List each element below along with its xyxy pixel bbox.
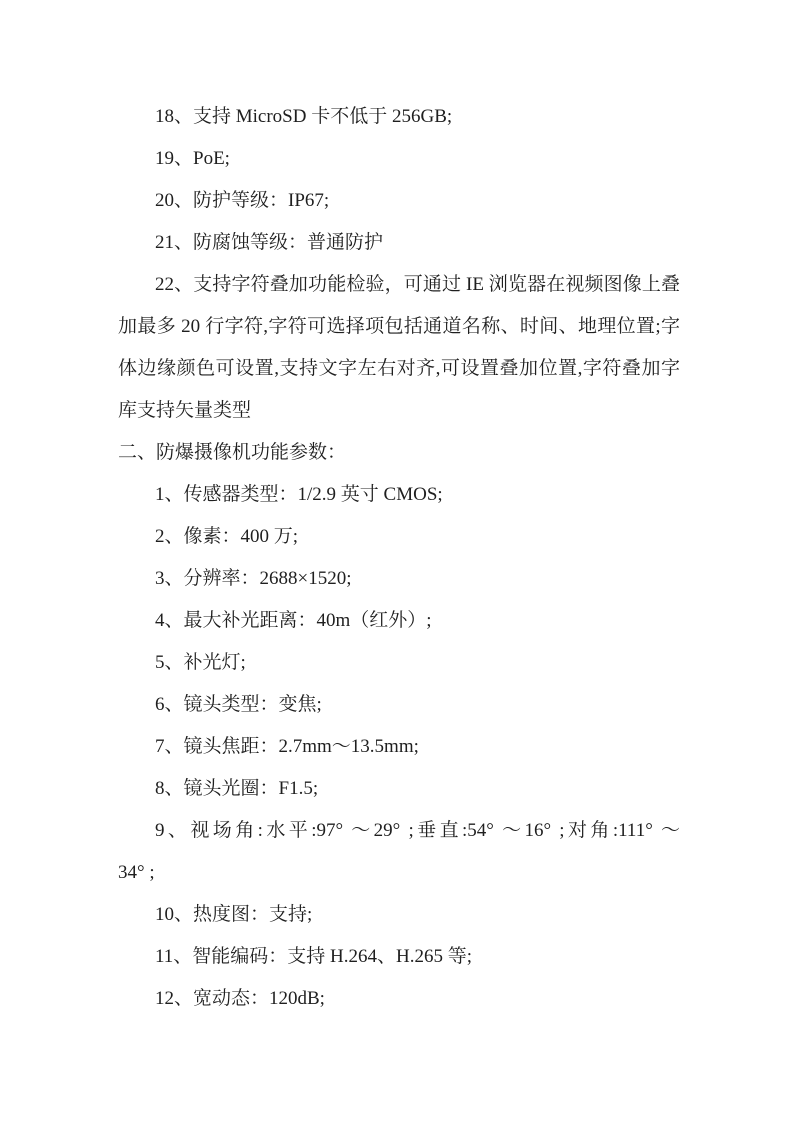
text-line: 5、补光灯; bbox=[118, 642, 680, 684]
text-line: 库支持矢量类型 bbox=[118, 390, 680, 432]
text-line: 2、像素：400 万; bbox=[118, 516, 680, 558]
text-line: 体边缘颜色可设置,支持文字左右对齐,可设置叠加位置,字符叠加字 bbox=[118, 348, 680, 390]
text-line: 20、防护等级：IP67; bbox=[118, 180, 680, 222]
text-line: 3、分辨率：2688×1520; bbox=[118, 558, 680, 600]
text-line: 19、PoE; bbox=[118, 138, 680, 180]
text-line: 1、传感器类型：1/2.9 英寸 CMOS; bbox=[118, 474, 680, 516]
text-line: 二、防爆摄像机功能参数： bbox=[118, 432, 680, 474]
text-line: 4、最大补光距离：40m（红外）; bbox=[118, 600, 680, 642]
text-line: 22、支持字符叠加功能检验，可通过 IE 浏览器在视频图像上叠 bbox=[118, 264, 680, 306]
text-line: 34° ; bbox=[118, 852, 680, 894]
text-line: 12、宽动态：120dB; bbox=[118, 978, 680, 1020]
text-line: 18、支持 MicroSD 卡不低于 256GB; bbox=[118, 96, 680, 138]
text-line: 11、智能编码：支持 H.264、H.265 等; bbox=[118, 936, 680, 978]
text-line: 9、视场角:水平:97° ～29° ;垂直:54° ～16° ;对角:111° … bbox=[118, 810, 680, 852]
document-page: 18、支持 MicroSD 卡不低于 256GB;19、PoE;20、防护等级：… bbox=[0, 0, 793, 1122]
text-line: 7、镜头焦距：2.7mm～13.5mm; bbox=[118, 726, 680, 768]
text-line: 8、镜头光圈：F1.5; bbox=[118, 768, 680, 810]
text-line: 21、防腐蚀等级：普通防护 bbox=[118, 222, 680, 264]
text-line: 6、镜头类型：变焦; bbox=[118, 684, 680, 726]
text-line: 10、热度图：支持; bbox=[118, 894, 680, 936]
document-text-block: 18、支持 MicroSD 卡不低于 256GB;19、PoE;20、防护等级：… bbox=[118, 96, 680, 1020]
text-line: 加最多 20 行字符,字符可选择项包括通道名称、时间、地理位置;字 bbox=[118, 306, 680, 348]
